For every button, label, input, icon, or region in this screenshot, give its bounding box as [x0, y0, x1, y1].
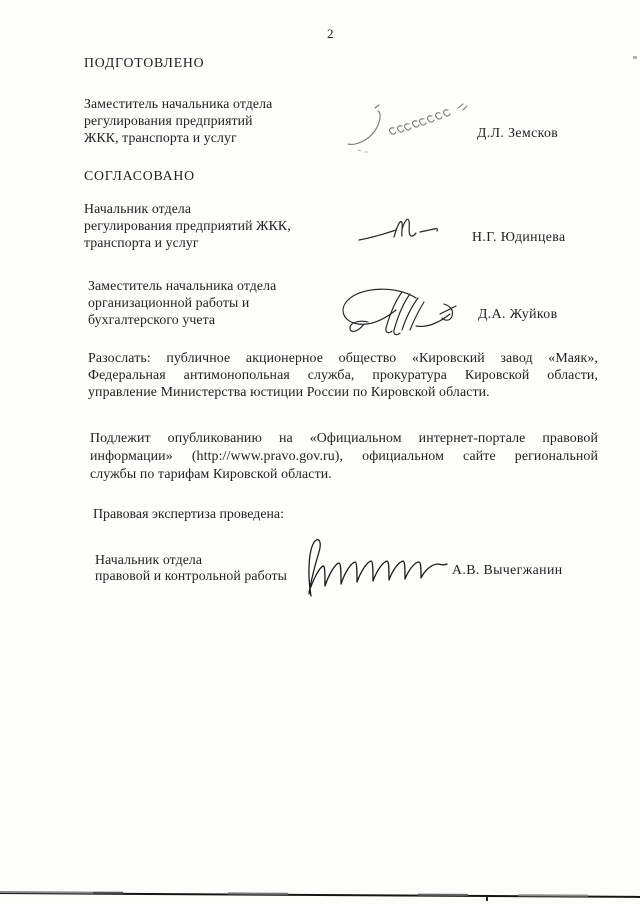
publication-line-2: информации» (http://www.pravo.gov.ru), о…	[90, 448, 598, 466]
publication-line-3: службы по тарифам Кировской области.	[90, 466, 598, 484]
signature-zemskov-icon	[342, 98, 487, 154]
signer-name-zhuykov: Д.А. Жуйков	[478, 306, 558, 322]
dissemination-line-1: Разослать: публичное акционерное обществ…	[88, 350, 598, 367]
signer-name-zemskov: Д.Л. Земсков	[477, 125, 558, 141]
signature-zhuykov-icon	[328, 284, 468, 342]
signer-title-zhuykov: Заместитель начальника отдела организаци…	[88, 277, 276, 328]
dissemination-line-3: управление Министерства юстиции России п…	[88, 384, 598, 401]
signer-title-zemskov: Заместитель начальника отдела регулирова…	[84, 95, 272, 146]
dissemination-line-2: Федеральная антимонопольная служба, прок…	[88, 367, 598, 384]
signature-vychegzhanin-icon	[283, 536, 458, 602]
signer-name-yudintseva: Н.Г. Юдинцева	[472, 229, 566, 245]
publication-line-1: Подлежит опубликованию на «Официальном и…	[90, 430, 598, 448]
signer-name-vychegzhanin: А.В. Вычегжанин	[452, 562, 563, 578]
scan-edge-line	[0, 890, 640, 902]
heading-approved: СОГЛАСОВАНО	[84, 168, 195, 184]
dissemination-paragraph: Разослать: публичное акционерное обществ…	[88, 350, 598, 401]
signer-title-yudintseva: Начальник отдела регулирования предприят…	[84, 200, 291, 251]
scan-edge-smudge	[228, 892, 288, 894]
page-number: 2	[327, 26, 334, 42]
scan-edge-tick	[486, 896, 488, 901]
legal-expertise-label: Правовая экспертиза проведена:	[93, 507, 284, 523]
heading-prepared: ПОДГОТОВЛЕНО	[84, 55, 204, 71]
document-page: 2 ПОДГОТОВЛЕНО Заместитель начальника от…	[0, 0, 640, 905]
scan-speck	[633, 56, 637, 59]
publication-paragraph: Подлежит опубликованию на «Официальном и…	[90, 430, 598, 484]
signature-yudintseva-icon	[356, 215, 451, 247]
scan-edge-smudge	[93, 892, 123, 894]
scan-edge-smudge	[518, 894, 588, 896]
signer-title-vychegzhanin: Начальник отдела правовой и контрольной …	[95, 552, 287, 583]
scan-edge-smudge	[418, 894, 468, 896]
